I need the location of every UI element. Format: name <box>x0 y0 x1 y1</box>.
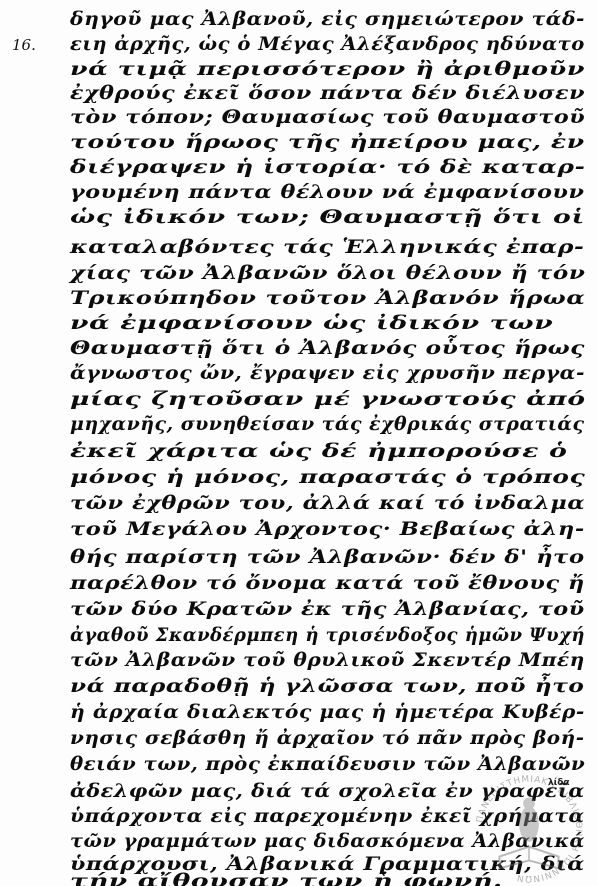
manuscript-line: καταλαβόντες τάς Ἑλληνικάς ἐπαρ- <box>70 236 584 258</box>
manuscript-line: Τρικούπηδον τοῦτον Ἀλβανόν ἥρωα <box>70 287 585 309</box>
manuscript-line: ἐκεῖ χάριτα ὡς δέ ἠμπορούσε ὁ <box>70 440 568 462</box>
manuscript-line: ἀγαθοῦ Σκανδέρμπεη ἡ τρισένδοξος ἡμῶν Ψυ… <box>70 624 585 646</box>
manuscript-line: μόνος ἡ μόνος, παραστάς ὁ τρόπος <box>70 466 585 488</box>
manuscript-line: τῶν ἐχθρῶν του, ἀλλά καί τό ἰνδαλμα <box>70 492 585 514</box>
manuscript-line: τῶν δύο Κρατῶν ἐκ τῆς Ἀλβανίας, τοῦ <box>70 598 585 620</box>
manuscript-line: τούτου ἥρωος τῆς ἠπείρου μας, ἐν <box>70 131 585 153</box>
manuscript-line: μηχανῆς, συνηθείσαν τάς ἐχθρικάς στρατιά… <box>70 413 585 435</box>
manuscript-line: ἐχθρούς ἐκεῖ ὅσον πάντα δέν διέλυσεν <box>70 82 585 104</box>
manuscript-line: ὡς ἰδικόν των; Θαυμαστῇ ὅτι οἱ <box>70 206 585 228</box>
manuscript-line: τὸν τόπον; Θαυμασίως τοῦ θαυμαστοῦ <box>70 106 585 128</box>
manuscript-line: ἄγνωστος ὤν, ἔγραψεν εἰς χρυσῆν περγα- <box>70 362 585 384</box>
stamp-tag: λίδα <box>548 778 570 788</box>
manuscript-line: δηγοῦ μας Ἀλβανοῦ, εἰς σημειώτερον τάδ- <box>70 8 585 30</box>
manuscript-line: παρέλθον τό ὄνομα κατά τοῦ ἔθνους ἤ <box>70 572 585 594</box>
manuscript-line: μίας ζητοῦσαν μέ γνωστούς ἀπό <box>70 388 586 410</box>
manuscript-line: γουμένη πάντα θέλουν νά ἐμφανίσουν <box>70 181 585 203</box>
manuscript-line: διέγραψεν ἡ ἱστορία· τό δὲ καταρ- <box>70 156 585 178</box>
manuscript-line: ειη ἀρχῆς, ὡς ὁ Μέγας Ἀλέξανδρος ηδύνατο <box>70 33 585 55</box>
manuscript-line: Θαυμαστῇ ὅτι ὁ Ἀλβανός οὗτος ἥρως <box>70 337 585 359</box>
manuscript-line: θής παρίστη τῶν Ἀλβανῶν· δέν δ' ἦτο <box>70 546 585 568</box>
manuscript-line: νά παραδοθῇ ἡ γλῶσσα των, ποῦ ἦτο <box>70 675 585 697</box>
manuscript-line: νά τιμᾷ περισσότερον ἢ ἀριθμοῦν <box>70 58 585 80</box>
manuscript-line: νησις σεβάσθη ἤ ἀρχαῖον τό πᾶν πρὸς βοή- <box>70 727 585 749</box>
manuscript-line: τήν αἴθουσαν των ἡ φωνή. <box>70 870 503 886</box>
page-number: 16. <box>12 36 36 54</box>
manuscript-line: νά ἐμφανίσουν ὡς ἰδικόν των <box>70 312 553 334</box>
manuscript-line: χίας τῶν Ἀλβανῶν ὅλοι θέλουν ἤ τόν <box>70 262 585 284</box>
manuscript-page: 16. δηγοῦ μας Ἀλβανοῦ, εἰς σημειώτερον τ… <box>0 0 597 886</box>
manuscript-line: τοῦ Μεγάλου Ἀρχοντος· Βεβαίως ἀλη- <box>70 518 585 540</box>
manuscript-line: τῶν Ἀλβανῶν τοῦ θρυλικοῦ Σκεντέρ Μπέη <box>70 649 585 671</box>
library-stamp: ΠΑΝΕΠΙΣΤΗΜΙΑΚΗ ΒΙΒΛΙΟΘΗΚΗ ΙΩΑΝΝΙΝΩΝ <box>470 770 588 886</box>
library-stamp-icon: ΠΑΝΕΠΙΣΤΗΜΙΑΚΗ ΒΙΒΛΙΟΘΗΚΗ ΙΩΑΝΝΙΝΩΝ <box>470 770 588 886</box>
manuscript-line: ἡ ἀρχαία διαλεκτός μας ἡ ἡμετέρα Κυβέρ- <box>70 701 585 723</box>
